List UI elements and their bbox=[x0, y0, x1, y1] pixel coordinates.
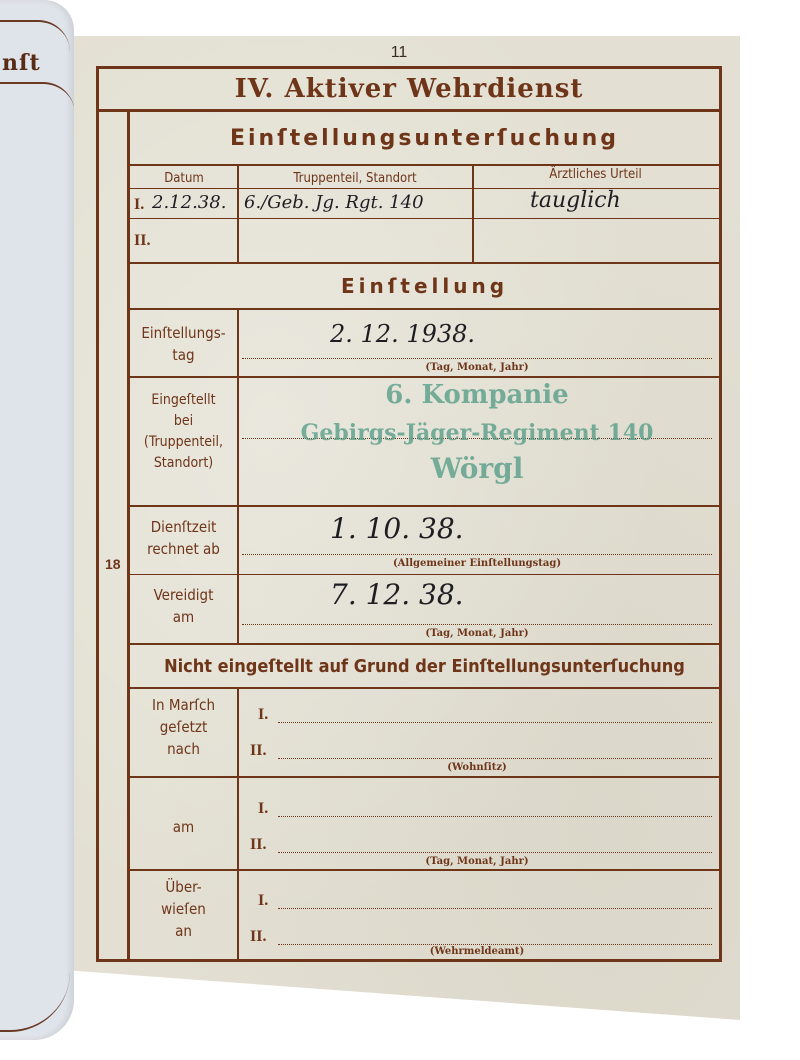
einstellung-heading: Einſtellung bbox=[130, 264, 719, 310]
vereidigt-field[interactable]: 7. 12. 38. bbox=[330, 578, 464, 611]
line-index: I. bbox=[258, 892, 268, 910]
page-number: 11 bbox=[384, 44, 414, 62]
label-ueberwiesen: Über- wieſen an bbox=[130, 876, 237, 942]
side-column: 18 bbox=[99, 112, 130, 959]
divider bbox=[130, 776, 719, 778]
divider bbox=[130, 869, 719, 871]
divider bbox=[237, 166, 239, 262]
left-page: nſt bbox=[0, 0, 74, 1040]
divider bbox=[237, 687, 239, 959]
left-page-rule bbox=[0, 82, 75, 114]
label-einstellungstag: Einſtellungs- tag bbox=[130, 322, 237, 366]
label-eingestellt-bei: Eingeſtellt bei (Truppenteil, Standort) bbox=[130, 390, 237, 474]
caption: (Tag, Monat, Jahr) bbox=[242, 628, 712, 639]
form-body: Einſtellungsunterſuchung Datum Truppente… bbox=[130, 112, 719, 959]
exam-unit-field[interactable]: 6./Geb. Jg. Rgt. 140 bbox=[244, 192, 424, 213]
exam-verdict-field[interactable]: tauglich bbox=[530, 188, 621, 213]
line-index: I. bbox=[258, 706, 268, 724]
caption: (Wohnſitz) bbox=[242, 762, 712, 773]
form-frame: IV. Aktiver Wehrdienst 18 Einſtellungsun… bbox=[96, 66, 722, 962]
side-number: 18 bbox=[105, 556, 121, 572]
caption: (Allgemeiner Einſtellungstag) bbox=[242, 558, 712, 569]
label-vereidigt: Vereidigt am bbox=[130, 584, 237, 628]
row-index: I. bbox=[134, 196, 144, 214]
caption: (Tag, Monat, Jahr) bbox=[242, 856, 712, 867]
divider bbox=[472, 166, 474, 262]
fill-line-ueberwiesen-1[interactable] bbox=[278, 908, 712, 909]
col-header-datum: Datum bbox=[130, 168, 238, 190]
left-page-rule bbox=[0, 960, 70, 1032]
exam-date-field[interactable]: 2.12.38. bbox=[152, 192, 226, 213]
fill-line-ueberwiesen-2[interactable] bbox=[278, 944, 712, 945]
line-index: II. bbox=[250, 836, 266, 854]
fill-line-in-marsch-2[interactable] bbox=[278, 758, 712, 759]
fill-line-am-1[interactable] bbox=[278, 816, 712, 817]
label-am: am bbox=[130, 816, 237, 838]
line-index: II. bbox=[250, 742, 266, 760]
exam-section-heading: Einſtellungsunterſuchung bbox=[130, 112, 719, 166]
caption: (Wehrmeldeamt) bbox=[242, 946, 712, 957]
fill-line bbox=[242, 358, 712, 359]
divider bbox=[130, 505, 719, 507]
line-index: II. bbox=[250, 928, 266, 946]
fill-line bbox=[242, 554, 712, 555]
unit-stamp-line1: 6. Kompanie bbox=[242, 380, 712, 410]
fill-line-am-2[interactable] bbox=[278, 852, 712, 853]
einstellungstag-field[interactable]: 2. 12. 1938. bbox=[330, 320, 475, 348]
col-header-truppenteil: Truppenteil, Standort bbox=[238, 168, 472, 190]
unit-stamp-line3: Wörgl bbox=[242, 452, 712, 485]
line-index: I. bbox=[258, 800, 268, 818]
divider bbox=[130, 376, 719, 378]
form-title: IV. Aktiver Wehrdienst bbox=[99, 69, 719, 112]
not-hired-heading: Nicht eingeſtellt auf Grund der Einſtell… bbox=[130, 645, 719, 689]
row-index: II. bbox=[134, 232, 150, 250]
divider bbox=[130, 574, 719, 575]
left-page-rule bbox=[0, 20, 70, 52]
unit-stamp-line2: Gebirgs-Jäger-Regiment 140 bbox=[242, 420, 712, 446]
fill-line bbox=[242, 624, 712, 625]
divider bbox=[237, 308, 239, 643]
left-page-title-fragment: nſt bbox=[2, 50, 41, 76]
col-header-urteil: Ärztliches Urteil bbox=[472, 164, 719, 186]
caption: (Tag, Monat, Jahr) bbox=[242, 362, 712, 373]
dienstzeit-field[interactable]: 1. 10. 38. bbox=[330, 512, 464, 545]
fill-line-in-marsch-1[interactable] bbox=[278, 722, 712, 723]
label-dienstzeit: Dienſtzeit rechnet ab bbox=[130, 516, 237, 560]
divider bbox=[130, 188, 719, 189]
divider bbox=[130, 218, 719, 219]
label-in-marsch: In Marſch geſetzt nach bbox=[130, 694, 237, 760]
